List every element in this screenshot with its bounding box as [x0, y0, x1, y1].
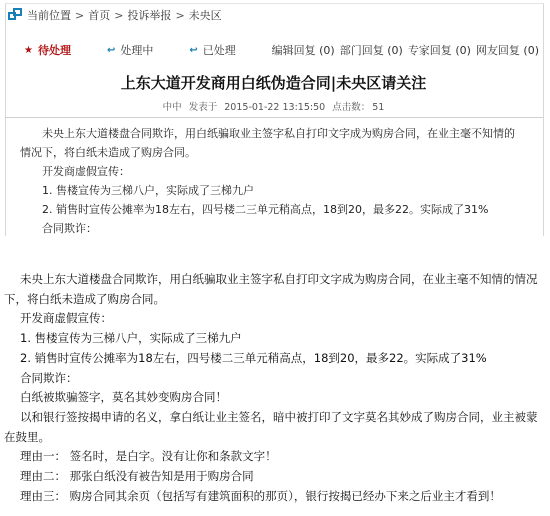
article-body: 未央上东大道楼盘合同欺诈，用白纸骗取业主签字私自打印文字成为购房合同，在业主毫不…: [4, 270, 544, 506]
paragraph: 未央上东大道楼盘合同欺诈，用白纸骗取业主签字私自打印文字成为购房合同，在业主毫不…: [4, 270, 544, 309]
breadcrumb-separator: >: [75, 9, 84, 22]
department-replies-count: (0): [387, 44, 403, 57]
paragraph: 合同欺诈：: [20, 219, 525, 238]
breadcrumb-home[interactable]: 首页: [88, 7, 110, 23]
paragraph: 开发商虚假宣传：: [4, 309, 544, 329]
article-summary: 未央上东大道楼盘合同欺诈，用白纸骗取业主签字私自打印文字成为购房合同，在业主毫不…: [20, 124, 525, 238]
reason-label: 理由一：: [20, 449, 66, 463]
expert-replies-link[interactable]: 专家回复 (0): [408, 42, 471, 58]
star-icon: ★: [24, 45, 33, 56]
editor-replies-link[interactable]: 编辑回复 (0): [272, 42, 335, 58]
paragraph: 以和银行签按揭申请的名义，拿白纸让业主签名，暗中被打印了文字莫名其妙成了购房合同…: [4, 408, 544, 447]
editor-replies-label: 编辑回复: [272, 44, 316, 57]
reason-item: 理由一： 签名时，是白字。没有让你和条款文字！: [4, 447, 544, 467]
reason-text: 那张白纸没有被告知是用于购房合同: [70, 469, 254, 483]
click-count: 51: [372, 102, 384, 113]
tab-pending[interactable]: ★ 待处理: [24, 42, 71, 58]
expert-replies-label: 专家回复: [408, 44, 452, 57]
page-title: 上东大道开发商用白纸伪造合同|未央区请关注: [5, 72, 542, 93]
reason-text: 购房合同其余页（包括写有建筑面积的那页），银行按揭已经办下来之后业主才看到！: [70, 489, 501, 503]
tab-pending-label: 待处理: [38, 42, 71, 58]
netizen-replies-link[interactable]: 网友回复 (0): [476, 42, 539, 58]
department-replies-label: 部门回复: [340, 44, 384, 57]
location-icon: [8, 8, 24, 22]
breadcrumb-separator: >: [114, 9, 123, 22]
list-item: 2. 销售时宣传公摊率为18左右，四号楼二三单元稍高点，18到20，最多22。实…: [4, 349, 544, 369]
paragraph: 合同欺诈：: [4, 369, 544, 389]
list-item: 1. 售楼宣传为三梯八户，实际成了三梯九户: [20, 181, 525, 200]
divider: [5, 117, 543, 118]
netizen-replies-count: (0): [523, 44, 539, 57]
return-arrow-icon: ↩: [107, 45, 115, 56]
department-replies-link[interactable]: 部门回复 (0): [340, 42, 403, 58]
list-item: 1. 售楼宣传为三梯八户，实际成了三梯九户: [4, 329, 544, 349]
posted-label: 发表于: [189, 102, 218, 113]
netizen-replies-label: 网友回复: [476, 44, 520, 57]
reason-text: 签名时，是白字。没有让你和条款文字！: [70, 449, 277, 463]
tab-processed[interactable]: ↩ 已处理: [189, 42, 235, 58]
tab-processed-label: 已处理: [203, 42, 236, 58]
reply-counts: 编辑回复 (0) 部门回复 (0) 专家回复 (0) 网友回复 (0): [267, 42, 539, 58]
breadcrumb: 当前位置 > 首页 > 投诉举报 > 未央区: [8, 7, 222, 23]
author: 中中: [163, 102, 182, 113]
paragraph: 白纸被欺骗签字，莫名其妙变购房合同！: [4, 388, 544, 408]
tab-processing-label: 处理中: [120, 42, 153, 58]
return-arrow-icon: ↩: [189, 45, 197, 56]
reason-label: 理由二：: [20, 469, 66, 483]
paragraph: 未央上东大道楼盘合同欺诈，用白纸骗取业主签字私自打印文字成为购房合同，在业主毫不…: [20, 124, 525, 162]
expert-replies-count: (0): [455, 44, 471, 57]
posted-time: 2015-01-22 13:15:50: [224, 102, 325, 113]
editor-replies-count: (0): [319, 44, 335, 57]
reason-label: 理由三：: [20, 489, 66, 503]
article-meta: 中中 发表于 2015-01-22 13:15:50 点击数：51: [5, 99, 542, 113]
breadcrumb-weiyang-district[interactable]: 未央区: [189, 7, 222, 23]
status-tabs: ★ 待处理 ↩ 处理中 ↩ 已处理: [24, 42, 272, 58]
list-item: 2. 销售时宣传公摊率为18左右，四号楼二三单元稍高点，18到20，最多22。实…: [20, 200, 525, 219]
tab-processing[interactable]: ↩ 处理中: [107, 42, 153, 58]
breadcrumb-complaints[interactable]: 投诉举报: [127, 7, 171, 23]
breadcrumb-current-position: 当前位置: [27, 7, 71, 23]
breadcrumb-separator: >: [175, 9, 184, 22]
paragraph: 开发商虚假宣传：: [20, 162, 525, 181]
reason-item: 理由二： 那张白纸没有被告知是用于购房合同: [4, 467, 544, 487]
reason-item: 理由三： 购房合同其余页（包括写有建筑面积的那页），银行按揭已经办下来之后业主才…: [4, 487, 544, 507]
click-count-label: 点击数：: [332, 102, 370, 113]
